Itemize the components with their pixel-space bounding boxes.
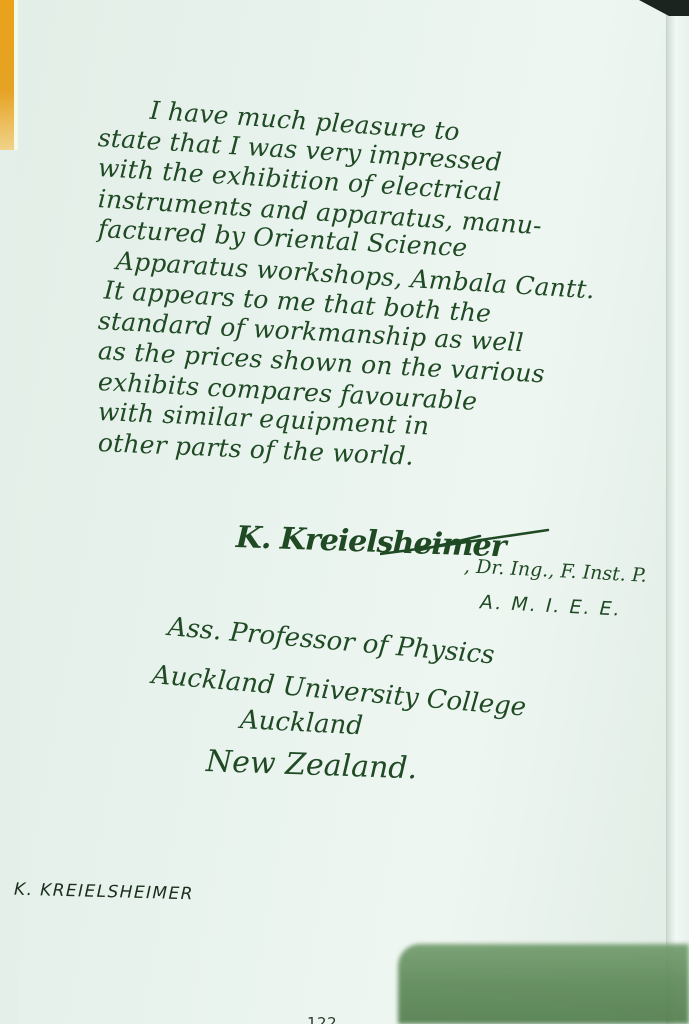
book-edge [0,0,18,150]
photo-shadow [398,944,689,1024]
handwritten-letter: I have much pleasure to state that I was… [98,92,638,458]
affiliation-city: Auckland [239,705,363,741]
signature-flourish-icon [380,526,550,556]
next-page-edge [666,12,689,1024]
page-number: 122 [307,1014,337,1024]
affiliation-country: New Zealand. [205,744,417,786]
